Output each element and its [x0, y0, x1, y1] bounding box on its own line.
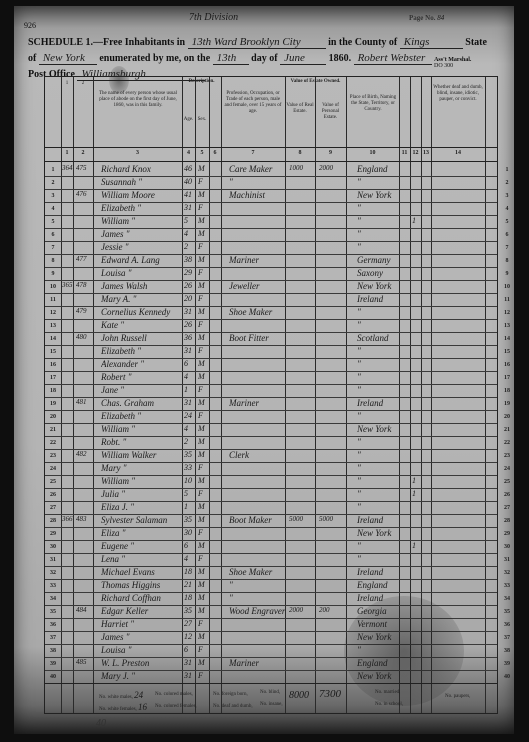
- sex: M: [198, 164, 205, 173]
- line-number-right: 10: [499, 284, 515, 290]
- line-number: 33: [45, 583, 61, 589]
- line-number: 18: [45, 388, 61, 394]
- col-num-14: 14: [431, 150, 485, 156]
- attended-school: 1: [412, 216, 416, 225]
- line-number: 40: [45, 674, 61, 680]
- col-num-11: 11: [399, 150, 410, 156]
- dwelling-number: 366: [62, 515, 73, 523]
- line-number: 36: [45, 622, 61, 628]
- sex: F: [198, 411, 203, 420]
- white-males: No. white males, 24: [99, 690, 143, 700]
- line-number: 25: [45, 479, 61, 485]
- birthplace: ": [357, 229, 399, 239]
- line-number-right: 4: [499, 206, 515, 212]
- personal-estate-value: 200: [319, 606, 330, 614]
- person-name: Harriet ": [101, 619, 181, 629]
- person-name: William Walker: [101, 450, 181, 460]
- birthplace: New York: [357, 528, 399, 538]
- birthplace: Germany: [357, 255, 399, 265]
- birthplace: ": [357, 359, 399, 369]
- state-label: State: [465, 37, 487, 48]
- col-num-10: 10: [346, 150, 399, 156]
- family-number: 484: [76, 606, 87, 614]
- sex: F: [198, 619, 203, 628]
- birthplace: Saxony: [357, 268, 399, 278]
- dwelling-number: 364: [62, 164, 73, 172]
- table-row: 31 31 Lena " 4 F ": [45, 553, 497, 567]
- line-number: 22: [45, 440, 61, 446]
- col-num-2: 2: [73, 150, 93, 156]
- line-number: 29: [45, 531, 61, 537]
- col-num-9: 9: [315, 150, 346, 156]
- line-number-right: 30: [499, 544, 515, 550]
- white-females: No. white females, 16: [99, 702, 147, 712]
- age: 30: [184, 528, 192, 537]
- table-row: 18 18 Jane " 1 F ": [45, 384, 497, 398]
- schedule-label: SCHEDULE 1.—Free Inhabitants in: [28, 37, 185, 48]
- line-number: 38: [45, 648, 61, 654]
- occupation: Shoe Maker: [229, 567, 285, 577]
- page-no-value: 84: [437, 14, 444, 22]
- colored-females: No. colored females,: [155, 704, 197, 709]
- person-name: Eliza J. ": [101, 502, 181, 512]
- description-group: Description.: [182, 79, 221, 85]
- line-number-right: 19: [499, 401, 515, 407]
- table-row: 21 21 William " 4 M New York: [45, 423, 497, 437]
- table-row: 23 23 482 William Walker 35 M Clerk ": [45, 449, 497, 463]
- line-number: 28: [45, 518, 61, 524]
- line-number: 2: [45, 180, 61, 186]
- line-number: 23: [45, 453, 61, 459]
- occupation: ": [229, 177, 285, 187]
- line-number: 6: [45, 232, 61, 238]
- division-note: 7th Division: [189, 12, 238, 23]
- table-row: 2 2 Susannah " 40 F " ": [45, 176, 497, 190]
- line-number: 5: [45, 219, 61, 225]
- birthplace: Ireland: [357, 294, 399, 304]
- family-number: 482: [76, 450, 87, 458]
- person-name: Edgar Keller: [101, 606, 181, 616]
- sex: F: [198, 242, 203, 251]
- value-group: Value of Estate Owned.: [285, 79, 346, 85]
- birthplace: ": [357, 541, 399, 551]
- age: 26: [184, 281, 192, 290]
- birthplace: ": [357, 307, 399, 317]
- person-name: Robert ": [101, 372, 181, 382]
- sex: F: [198, 463, 203, 472]
- person-name: William ": [101, 476, 181, 486]
- occupation: Mariner: [229, 658, 285, 668]
- col-num-7: 7: [221, 150, 285, 156]
- occupation: Boot Maker: [229, 515, 285, 525]
- enumerated-label: enumerated by me, on the: [99, 53, 210, 64]
- family-number: 481: [76, 398, 87, 406]
- age: 35: [184, 450, 192, 459]
- line-number: 1: [45, 167, 61, 173]
- line-number-right: 12: [499, 310, 515, 316]
- real-estate-value: 5000: [289, 515, 303, 523]
- line-number: 30: [45, 544, 61, 550]
- line-number: 31: [45, 557, 61, 563]
- sex: F: [198, 320, 203, 329]
- person-name: Mary ": [101, 463, 181, 473]
- line-number-right: 18: [499, 388, 515, 394]
- table-row: 7 7 Jessie " 2 F ": [45, 241, 497, 255]
- line-number-right: 28: [499, 518, 515, 524]
- occupation: Jeweller: [229, 281, 285, 291]
- birthplace: ": [357, 450, 399, 460]
- birthplace: ": [357, 489, 399, 499]
- dwelling-number: 365: [62, 281, 73, 289]
- sex: F: [198, 346, 203, 355]
- line-number-right: 20: [499, 414, 515, 420]
- birthplace: ": [357, 177, 399, 187]
- line-number: 32: [45, 570, 61, 576]
- col-head-3: The name of every person whose usual pla…: [97, 91, 179, 109]
- sex: M: [198, 502, 205, 511]
- occupation: Boot Fitter: [229, 333, 285, 343]
- summary-total-note: 40: [96, 718, 106, 729]
- table-row: 6 6 James " 4 M ": [45, 228, 497, 242]
- line-number-right: 14: [499, 336, 515, 342]
- table-row: 13 13 Kate " 26 F ": [45, 319, 497, 333]
- sex: F: [198, 554, 203, 563]
- line-number: 15: [45, 349, 61, 355]
- line-number-right: 11: [499, 297, 515, 303]
- line-number: 17: [45, 375, 61, 381]
- county-label: in the County of: [328, 37, 397, 48]
- col-head-14: Whether deaf and dumb, blind, insane, id…: [433, 85, 483, 103]
- family-number: 485: [76, 658, 87, 666]
- colored-males: No. colored males,: [155, 692, 193, 697]
- attended-school: 1: [412, 541, 416, 550]
- person-name: William Moore: [101, 190, 181, 200]
- age: 4: [184, 554, 188, 563]
- line-number-right: 24: [499, 466, 515, 472]
- line-number: 20: [45, 414, 61, 420]
- person-name: Michael Evans: [101, 567, 181, 577]
- birthplace: Ireland: [357, 567, 399, 577]
- line-number: 27: [45, 505, 61, 511]
- person-name: Elizabeth ": [101, 346, 181, 356]
- sex: M: [198, 216, 205, 225]
- county-field: Kings: [400, 36, 463, 49]
- person-name: Elizabeth ": [101, 203, 181, 213]
- sex: F: [198, 528, 203, 537]
- attended-school: 1: [412, 476, 416, 485]
- person-name: James ": [101, 229, 181, 239]
- line-number-right: 7: [499, 245, 515, 251]
- col-num-1: 1: [61, 150, 73, 156]
- line-number: 35: [45, 609, 61, 615]
- family-number: 480: [76, 333, 87, 341]
- birthplace: ": [357, 242, 399, 252]
- line-number-right: 29: [499, 531, 515, 537]
- personal-estate-value: 2000: [319, 164, 333, 172]
- person-name: Cornelius Kennedy: [101, 307, 181, 317]
- person-name: Sylvester Salaman: [101, 515, 181, 525]
- occupation: ": [229, 580, 285, 590]
- col-num-6: 6: [209, 150, 221, 156]
- sex: F: [198, 268, 203, 277]
- line-number: 14: [45, 336, 61, 342]
- birthplace: ": [357, 346, 399, 356]
- occupation: Shoe Maker: [229, 307, 285, 317]
- paupers: No. paupers,: [445, 694, 470, 699]
- line-number: 34: [45, 596, 61, 602]
- person-name: W. L. Preston: [101, 658, 181, 668]
- line-number: 26: [45, 492, 61, 498]
- col-head-7: Profession, Occupation, or Trade of each…: [223, 91, 283, 115]
- sex: F: [198, 671, 203, 680]
- person-name: Eugene ": [101, 541, 181, 551]
- age: 31: [184, 307, 192, 316]
- family-number: 476: [76, 190, 87, 198]
- table-row: 29 29 Eliza " 30 F New York: [45, 527, 497, 541]
- table-row: 11 11 Mary A. " 20 F Ireland: [45, 293, 497, 307]
- sex: M: [198, 359, 205, 368]
- line-number-right: 38: [499, 648, 515, 654]
- person-name: William ": [101, 216, 181, 226]
- sex: M: [198, 255, 205, 264]
- sex: M: [198, 476, 205, 485]
- sex: F: [198, 294, 203, 303]
- line-number-right: 5: [499, 219, 515, 225]
- sex: F: [198, 177, 203, 186]
- col-head-9: Value of Personal Estate.: [315, 103, 346, 121]
- person-name: Alexander ": [101, 359, 181, 369]
- age: 5: [184, 489, 188, 498]
- age: 18: [184, 567, 192, 576]
- birthplace: ": [357, 554, 399, 564]
- birthplace: ": [357, 463, 399, 473]
- birthplace: ": [357, 502, 399, 512]
- col-num-3: 3: [93, 150, 182, 156]
- age: 31: [184, 398, 192, 407]
- person-name: Lena ": [101, 554, 181, 564]
- stamp-number: 926: [24, 21, 36, 30]
- age: 29: [184, 268, 192, 277]
- sex: M: [198, 567, 205, 576]
- table-row: 30 30 Eugene " 6 M " 1: [45, 540, 497, 554]
- state-field: New York: [39, 52, 97, 65]
- month-field: June: [280, 52, 326, 65]
- sex: M: [198, 307, 205, 316]
- age: 4: [184, 372, 188, 381]
- age: 1: [184, 502, 188, 511]
- line-number-right: 2: [499, 180, 515, 186]
- line-number-right: 21: [499, 427, 515, 433]
- age: 5: [184, 216, 188, 225]
- sex: M: [198, 424, 205, 433]
- occupation: Care Maker: [229, 164, 285, 174]
- line-number-right: 17: [499, 375, 515, 381]
- table-row: 16 16 Alexander " 6 M ": [45, 358, 497, 372]
- person-name: James ": [101, 632, 181, 642]
- age: 26: [184, 320, 192, 329]
- line-number-right: 25: [499, 479, 515, 485]
- table-row: 4 4 Elizabeth " 31 F ": [45, 202, 497, 216]
- person-name: Richard Coffhan: [101, 593, 181, 603]
- table-row: 20 20 Elizabeth " 24 F ": [45, 410, 497, 424]
- line-number-right: 16: [499, 362, 515, 368]
- family-number: 483: [76, 515, 87, 523]
- day-label: day of: [251, 53, 277, 64]
- family-number: 475: [76, 164, 87, 172]
- age: 31: [184, 658, 192, 667]
- table-row: 3 3 476 William Moore 41 M Machinist New…: [45, 189, 497, 203]
- birthplace: Ireland: [357, 515, 399, 525]
- birthplace: New York: [357, 424, 399, 434]
- table-row: 22 22 Robt. " 2 M ": [45, 436, 497, 450]
- line-number-right: 39: [499, 661, 515, 667]
- person-name: Louisa ": [101, 268, 181, 278]
- day-field: 13th: [213, 52, 249, 65]
- age: 41: [184, 190, 192, 199]
- line-number-right: 3: [499, 193, 515, 199]
- foreign-born: No. foreign born,: [213, 692, 248, 697]
- age: 36: [184, 333, 192, 342]
- age: 4: [184, 229, 188, 238]
- marshal-field: Robert Webster: [354, 52, 432, 65]
- line-number-right: 35: [499, 609, 515, 615]
- age: 4: [184, 424, 188, 433]
- age: 31: [184, 346, 192, 355]
- col-num-5: 5: [195, 150, 209, 156]
- age: 35: [184, 606, 192, 615]
- table-row: 27 27 Eliza J. " 1 M ": [45, 501, 497, 515]
- sex: M: [198, 606, 205, 615]
- sex: M: [198, 515, 205, 524]
- line-number-right: 9: [499, 271, 515, 277]
- sex: M: [198, 372, 205, 381]
- person-name: Susannah ": [101, 177, 181, 187]
- person-name: Chas. Graham: [101, 398, 181, 408]
- age: 46: [184, 164, 192, 173]
- col-head-4: Age.: [182, 117, 195, 123]
- sex: M: [198, 398, 205, 407]
- age: 6: [184, 645, 188, 654]
- birthplace: ": [357, 411, 399, 421]
- table-row: 9 9 Louisa " 29 F Saxony: [45, 267, 497, 281]
- sex: M: [198, 632, 205, 641]
- person-name: Elizabeth ": [101, 411, 181, 421]
- birthplace: ": [357, 385, 399, 395]
- year-label: 1860.: [329, 53, 352, 64]
- occupation: Clerk: [229, 450, 285, 460]
- age: 31: [184, 203, 192, 212]
- family-number: 478: [76, 281, 87, 289]
- col-num-4: 4: [182, 150, 195, 156]
- birthplace: England: [357, 580, 399, 590]
- age: 20: [184, 294, 192, 303]
- line-number: 8: [45, 258, 61, 264]
- line-number-right: 15: [499, 349, 515, 355]
- occupation: Mariner: [229, 255, 285, 265]
- col-num-13: 13: [421, 150, 431, 156]
- line-number-right: 32: [499, 570, 515, 576]
- table-row: 15 15 Elizabeth " 31 F ": [45, 345, 497, 359]
- sex: M: [198, 580, 205, 589]
- occupation: Mariner: [229, 398, 285, 408]
- birthplace: ": [357, 372, 399, 382]
- line-number: 37: [45, 635, 61, 641]
- birthplace: New York: [357, 190, 399, 200]
- age: 24: [184, 411, 192, 420]
- person-name: Mary A. ": [101, 294, 181, 304]
- age: 21: [184, 580, 192, 589]
- table-row: 14 14 480 John Russell 36 M Boot Fitter …: [45, 332, 497, 346]
- line-number: 13: [45, 323, 61, 329]
- age: 2: [184, 437, 188, 446]
- line-number: 21: [45, 427, 61, 433]
- attended-school: 1: [412, 489, 416, 498]
- table-row: 19 19 481 Chas. Graham 31 M Mariner Irel…: [45, 397, 497, 411]
- line-number: 9: [45, 271, 61, 277]
- sex: M: [198, 333, 205, 342]
- person-name: Mary J. ": [101, 671, 181, 681]
- age: 1: [184, 385, 188, 394]
- birthplace: Scotland: [357, 333, 399, 343]
- sex: M: [198, 658, 205, 667]
- line-number-right: 40: [499, 674, 515, 680]
- table-row: 8 8 477 Edward A. Lang 38 M Mariner Germ…: [45, 254, 497, 268]
- line-number-right: 22: [499, 440, 515, 446]
- sex: M: [198, 541, 205, 550]
- birthplace: ": [357, 437, 399, 447]
- line-number-right: 37: [499, 635, 515, 641]
- insane: No. insane,: [260, 702, 283, 707]
- age: 31: [184, 671, 192, 680]
- line-number-right: 34: [499, 596, 515, 602]
- birthplace: ": [357, 216, 399, 226]
- col-head-2: 2: [73, 81, 93, 87]
- age: 10: [184, 476, 192, 485]
- table-row: 33 33 Thomas Higgins 21 M " England: [45, 579, 497, 593]
- line-number: 12: [45, 310, 61, 316]
- person-name: Louisa ": [101, 645, 181, 655]
- sex: F: [198, 385, 203, 394]
- sex: F: [198, 489, 203, 498]
- birthplace: ": [357, 203, 399, 213]
- line-number: 3: [45, 193, 61, 199]
- person-name: Kate ": [101, 320, 181, 330]
- line-number-right: 26: [499, 492, 515, 498]
- line-number: 10: [45, 284, 61, 290]
- line-number-right: 23: [499, 453, 515, 459]
- age: 2: [184, 242, 188, 251]
- line-number-right: 33: [499, 583, 515, 589]
- person-name: Eliza ": [101, 528, 181, 538]
- table-row: 12 12 479 Cornelius Kennedy 31 M Shoe Ma…: [45, 306, 497, 320]
- real-estate-total: 8000: [289, 690, 309, 701]
- table-row: 1 1 364 475 Richard Knox 46 M Care Maker…: [45, 163, 497, 177]
- personal-estate-total: 7300: [319, 688, 341, 700]
- col-head-1: 1: [61, 81, 73, 87]
- sex: M: [198, 450, 205, 459]
- person-name: Jane ": [101, 385, 181, 395]
- person-name: Richard Knox: [101, 164, 181, 174]
- col-head-10: Place of Birth, Naming the State, Territ…: [348, 95, 398, 113]
- occupation: Wood Engraver: [229, 606, 285, 616]
- line-number-right: 27: [499, 505, 515, 511]
- age: 12: [184, 632, 192, 641]
- family-number: 477: [76, 255, 87, 263]
- occupation: ": [229, 593, 285, 603]
- person-name: Robt. ": [101, 437, 181, 447]
- page-number: Page No. 84: [409, 14, 444, 22]
- blind: No. blind,: [260, 690, 280, 695]
